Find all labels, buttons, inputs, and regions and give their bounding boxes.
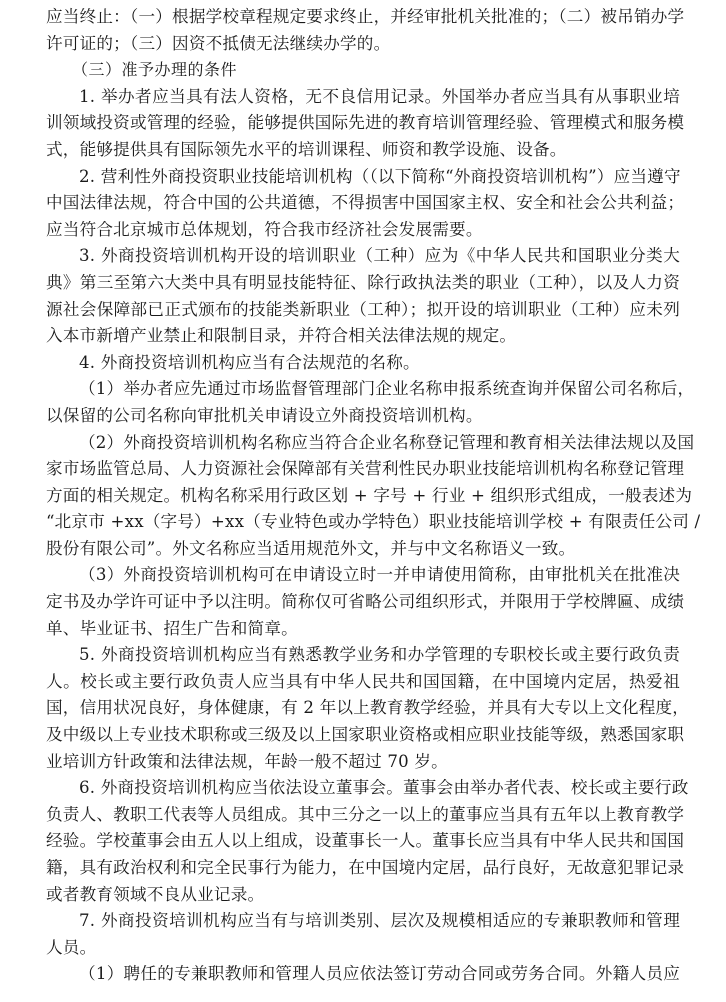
text-line: 3. 外商投资培训机构开设的培训职业（工种）应为《中华人民共和国职业分类大 (46, 243, 680, 270)
text-line: 7. 外商投资培训机构应当有与培训类别、层次及规模相适应的专兼职教师和管理 (46, 908, 680, 935)
text-line: 国，信用状况良好，身体健康，有 2 年以上教育教学经验，并具有大专以上文化程度， (46, 695, 680, 722)
text-line: 应当符合北京城市总体规划，符合我市经济社会发展需要。 (46, 217, 680, 244)
text-line: 业培训方针政策和法律法规，年龄一般不超过 70 岁。 (46, 749, 680, 776)
text-line: 5. 外商投资培训机构应当有熟悉教学业务和办学管理的专职校长或主要行政负责 (46, 642, 680, 669)
text-line: “北京市 +xx（字号）+xx（专业特色或办学特色）职业技能培训学校 + 有限责… (46, 509, 680, 536)
text-line: 股份有限公司”。外文名称应当适用规范外文，并与中文名称语义一致。 (46, 536, 680, 563)
text-line: 中国法律法规，符合中国的公共道德，不得损害中国国家主权、安全和社会公共利益； (46, 190, 680, 217)
text-line: 6. 外商投资培训机构应当依法设立董事会。董事会由举办者代表、校长或主要行政 (46, 775, 680, 802)
text-line: （2）外商投资培训机构名称应当符合企业名称登记管理和教育相关法律法规以及国 (46, 430, 680, 457)
document-page: 应当终止：（一）根据学校章程规定要求终止，并经审批机关批准的；（二）被吊销办学 … (46, 4, 680, 988)
text-line: 及中级以上专业技术职称或三级及以上国家职业资格或相应职业技能等级，熟悉国家职 (46, 722, 680, 749)
text-line: 入本市新增产业禁止和限制目录，并符合相关法律法规的规定。 (46, 323, 680, 350)
text-line: 源社会保障部已正式颁布的技能类新职业（工种）；拟开设的培训职业（工种）应未列 (46, 297, 680, 324)
text-line: 籍，具有政治权利和完全民事行为能力，在中国境内定居，品行良好，无故意犯罪记录 (46, 855, 680, 882)
text-line: 4. 外商投资培训机构应当有合法规范的名称。 (46, 350, 680, 377)
text-line: 家市场监管总局、人力资源社会保障部有关营利性民办职业技能培训机构名称登记管理 (46, 456, 680, 483)
text-line: 方面的相关规定。机构名称采用行政区划 + 字号 + 行业 + 组织形式组成，一般… (46, 483, 680, 510)
text-line: 人。校长或主要行政负责人应当具有中华人民共和国国籍，在中国境内定居，热爱祖 (46, 669, 680, 696)
text-line: 训领域投资或管理的经验，能够提供国际先进的教育培训管理经验、管理模式和服务模 (46, 110, 680, 137)
text-line: 经验。学校董事会由五人以上组成，设董事长一人。董事长应当具有中华人民共和国国 (46, 828, 680, 855)
text-line: 典》第三至第六大类中具有明显技能特征、除行政执法类的职业（工种），以及人力资 (46, 270, 680, 297)
text-line: 应当终止：（一）根据学校章程规定要求终止，并经审批机关批准的；（二）被吊销办学 (46, 4, 680, 31)
text-line: 1. 举办者应当具有法人资格，无不良信用记录。外国举办者应当具有从事职业培 (46, 84, 680, 111)
text-line: 单、毕业证书、招生广告和简章。 (46, 616, 680, 643)
text-line: 人员。 (46, 935, 680, 962)
text-line: 定书及办学许可证中予以注明。简称仅可省略公司组织形式，并限用于学校牌匾、成绩 (46, 589, 680, 616)
text-line: 以保留的公司名称向审批机关申请设立外商投资培训机构。 (46, 403, 680, 430)
text-line: 许可证的；（三）因资不抵债无法继续办学的。 (46, 31, 680, 58)
text-line: （3）外商投资培训机构可在申请设立时一并申请使用简称，由审批机关在批准决 (46, 562, 680, 589)
text-line: 或者教育领域不良从业记录。 (46, 882, 680, 909)
section-heading: （三）准予办理的条件 (46, 57, 680, 84)
text-line: （1）聘任的专兼职教师和管理人员应依法签订劳动合同或劳务合同。外籍人员应 (46, 961, 680, 988)
text-line: （1）举办者应先通过市场监督管理部门企业名称申报系统查询并保留公司名称后， (46, 376, 680, 403)
text-line: 负责人、教职工代表等人员组成。其中三分之一以上的董事应当具有五年以上教育教学 (46, 802, 680, 829)
text-line: 2. 营利性外商投资职业技能培训机构（（以下简称“外商投资培训机构”）应当遵守 (46, 164, 680, 191)
text-line: 式，能够提供具有国际领先水平的培训课程、师资和教学设施、设备。 (46, 137, 680, 164)
